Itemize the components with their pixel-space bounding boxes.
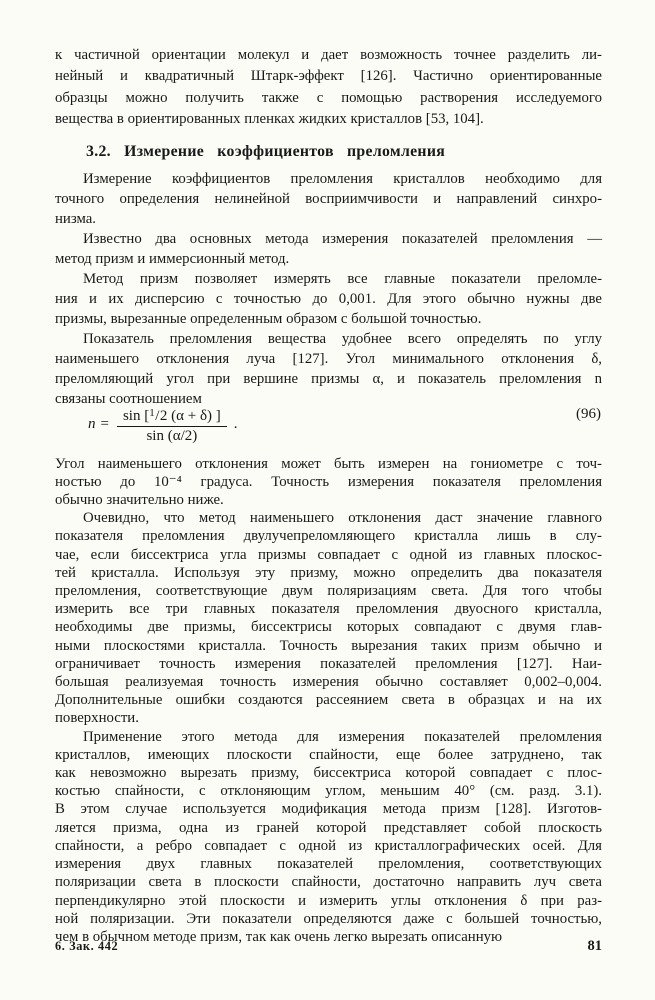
print-signature: 6. Зак. 442 xyxy=(55,939,118,954)
numerator-prefix: sin [ xyxy=(123,408,149,424)
paragraph: Очевидно, что метод наименьшего отклонен… xyxy=(55,509,602,727)
text-line: наименьшего отклонения луча [127]. Угол … xyxy=(55,349,602,369)
equation-body: n = sin [1/2 (α + δ) ] sin (α/2) . xyxy=(88,405,238,445)
text-line: обычно значительно ниже. xyxy=(55,491,602,509)
paragraph: Угол наименьшего отклонения может быть и… xyxy=(55,455,602,510)
text-line: призмы, вырезанные определенным образом … xyxy=(55,309,602,329)
paragraph: Измерение коэффициентов преломления крис… xyxy=(55,169,602,229)
text-line: ностью до 10⁻⁴ градуса. Точность измерен… xyxy=(55,473,602,491)
equation-variable-n: n xyxy=(88,416,96,433)
text-line: преломляющий угол при вершине призмы α, … xyxy=(55,369,602,389)
text-line: Метод призм позволяет измерять все главн… xyxy=(55,269,602,289)
text-line: низма. xyxy=(55,209,602,229)
fraction: sin [1/2 (α + δ) ] sin (α/2) xyxy=(117,405,227,445)
text-line: спайности, а ребро совпадает с одной из … xyxy=(55,837,602,855)
text-line: метод призм и иммерсионный метод. xyxy=(55,249,602,269)
text-line: перпендикулярно этой плоскости и измерит… xyxy=(55,892,602,910)
page-number: 81 xyxy=(588,938,603,955)
text-line: точного определения нелинейной восприимч… xyxy=(55,189,602,209)
text-line: чае, если биссектриса угла призмы совпад… xyxy=(55,546,602,564)
equals-sign: = xyxy=(101,416,109,433)
text-line: преломления, соответствующие двум поляри… xyxy=(55,582,602,600)
text-line: ограничивает точность измерения показате… xyxy=(55,655,602,673)
text-line: тей кристалла. Используя эту призму, мож… xyxy=(55,564,602,582)
text-line: В этом случае используется модификация м… xyxy=(55,800,602,818)
text-line: Измерение коэффициентов преломления крис… xyxy=(55,169,602,189)
text-line: измерить все три главных показателя прел… xyxy=(55,600,602,618)
text-line: Очевидно, что метод наименьшего отклонен… xyxy=(55,509,602,527)
text-line: к частичной ориентации молекул и дает во… xyxy=(55,45,602,66)
text-line: показателя преломления двулучепреломляющ… xyxy=(55,527,602,545)
section-heading: 3.2. Измерение коэффициентов преломления xyxy=(86,142,602,162)
text-line: большая реализуемая точность измерения о… xyxy=(55,673,602,691)
equation-number: (96) xyxy=(576,406,601,423)
text-line: Применение этого метода для измерения по… xyxy=(55,728,602,746)
paragraph: Применение этого метода для измерения по… xyxy=(55,728,602,946)
paragraph: Метод призм позволяет измерять все главн… xyxy=(55,269,602,329)
text-line: ляется призма, одна из граней которой пр… xyxy=(55,819,602,837)
paragraph: Известно два основных метода измерения п… xyxy=(55,229,602,269)
equation-96: n = sin [1/2 (α + δ) ] sin (α/2) . (96) xyxy=(55,405,602,455)
text-column: к частичной ориентации молекул и дает во… xyxy=(55,45,602,946)
text-line: ной поляризации. Эти показатели определя… xyxy=(55,910,602,928)
page-footer: 6. Зак. 442 81 xyxy=(55,938,602,955)
numerator-suffix: (α + δ) ] xyxy=(167,408,220,424)
text-line: Дополнительные ошибки создаются рассеяни… xyxy=(55,691,602,709)
text-line: ными плоскостями кристалла. Точность выр… xyxy=(55,637,602,655)
text-line: Угол наименьшего отклонения может быть и… xyxy=(55,455,602,473)
one-half-numerator: 1 xyxy=(149,407,155,419)
text-line: поляризации света в плоскости спайности,… xyxy=(55,873,602,891)
text-line: образцы можно получить также с помощью р… xyxy=(55,88,602,109)
fraction-numerator: sin [1/2 (α + δ) ] xyxy=(117,405,227,427)
one-half-slash: / xyxy=(155,408,159,424)
text-line: костью спайности, с отклоняющим углом, м… xyxy=(55,782,602,800)
text-line: вещества в ориентированных пленках жидки… xyxy=(55,109,602,130)
text-line: кристаллов, имеющих плоскости спайности,… xyxy=(55,746,602,764)
text-line: измерения двух главных показателей прело… xyxy=(55,855,602,873)
scanned-book-page: к частичной ориентации молекул и дает во… xyxy=(0,0,655,1000)
text-line: как невозможно вырезать призму, биссектр… xyxy=(55,764,602,782)
equation-period: . xyxy=(234,416,238,433)
fraction-denominator: sin (α/2) xyxy=(117,427,227,445)
text-line: Известно два основных метода измерения п… xyxy=(55,229,602,249)
text-line: нейный и квадратичный Штарк-эффект [126]… xyxy=(55,66,602,87)
text-line: Показатель преломления вещества удобнее … xyxy=(55,329,602,349)
text-line: необходимы две призмы, биссектрисы котор… xyxy=(55,618,602,636)
paragraph-continuation: к частичной ориентации молекул и дает во… xyxy=(55,45,602,131)
paragraph: Показатель преломления вещества удобнее … xyxy=(55,329,602,409)
text-line: ния и их дисперсию с точностью до 0,001.… xyxy=(55,289,602,309)
text-line: поверхности. xyxy=(55,709,602,727)
